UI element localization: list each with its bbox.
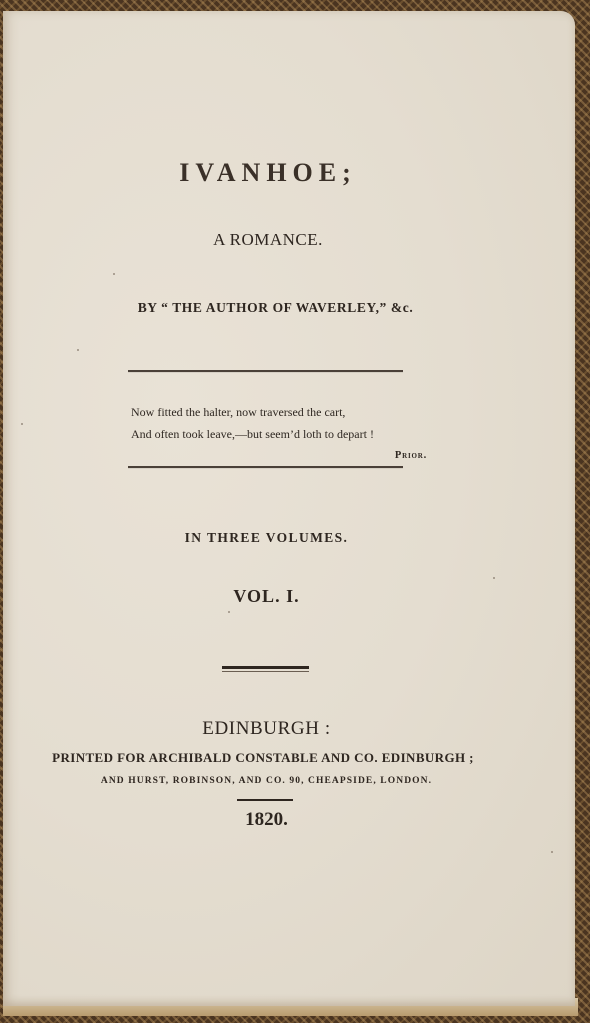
book-subtitle: A ROMANCE. — [3, 230, 533, 250]
imprint-copublisher-line: AND HURST, ROBINSON, AND CO. 90, CHEAPSI… — [3, 776, 530, 786]
author-byline: BY “ THE AUTHOR OF WAVERLEY,” &c. — [3, 300, 548, 316]
paper-speck — [77, 349, 79, 351]
imprint-year: 1820. — [3, 809, 530, 831]
volumes-note: IN THREE VOLUMES. — [3, 530, 530, 546]
imprint-publisher-line: PRINTED FOR ARCHIBALD CONSTABLE AND CO. … — [3, 750, 523, 766]
paper-speck — [228, 611, 230, 613]
epigraph-top-rule — [128, 370, 403, 372]
epigraph-line: And often took leave,—but seem’d loth to… — [131, 423, 427, 445]
year-rule — [237, 799, 293, 801]
title-page: IVANHOE; A ROMANCE. BY “ THE AUTHOR OF W… — [3, 11, 575, 1006]
epigraph-bottom-rule — [128, 466, 403, 468]
volume-number: VOL. I. — [3, 586, 530, 607]
imprint-place: EDINBURGH : — [3, 718, 530, 740]
paper-speck — [113, 273, 115, 275]
paper-speck — [493, 577, 495, 579]
epigraph: Now fitted the halter, now traversed the… — [131, 401, 427, 467]
book-title: IVANHOE; — [3, 158, 533, 188]
paper-speck — [21, 423, 23, 425]
double-rule-divider — [222, 666, 309, 672]
epigraph-attribution: Prior. — [131, 445, 427, 467]
paper-speck — [551, 851, 553, 853]
epigraph-line: Now fitted the halter, now traversed the… — [131, 401, 427, 423]
